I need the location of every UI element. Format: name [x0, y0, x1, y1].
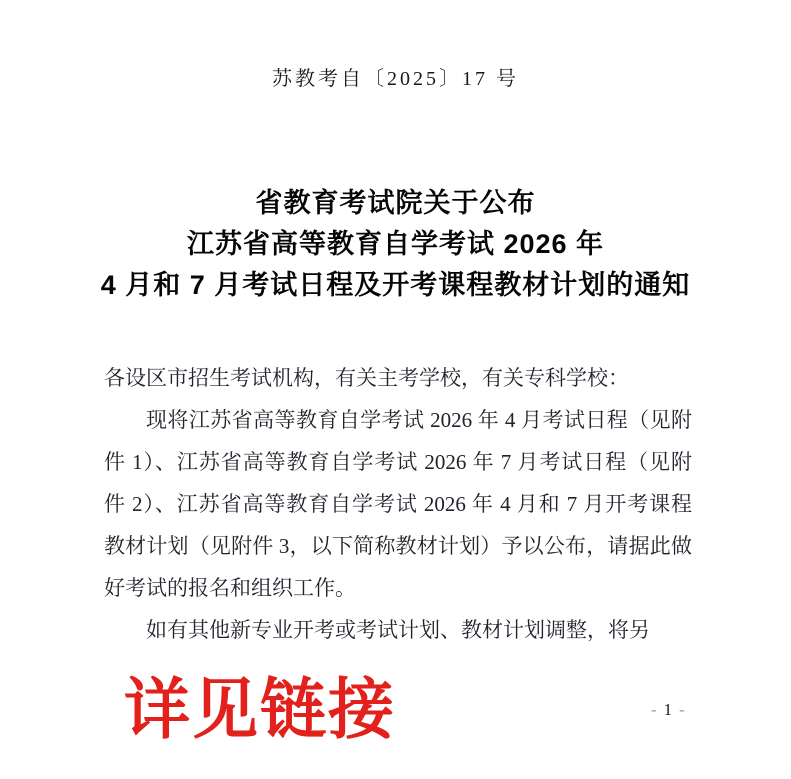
document-page: 苏教考自〔2025〕17 号 省教育考试院关于公布 江苏省高等教育自学考试 20…	[0, 0, 791, 779]
title-line-1: 省教育考试院关于公布	[0, 183, 791, 224]
body-line: 件 2）、江苏省高等教育自学考试 2026 年 4 月和 7 月开考课程	[104, 483, 692, 525]
page-number-dash: -	[672, 700, 692, 719]
body-line-salutation: 各设区市招生考试机构，有关主考学校，有关专科学校：	[104, 357, 692, 399]
page-number-value: 1	[664, 700, 673, 719]
body-line: 教材计划（见附件 3，以下简称教材计划）予以公布，请据此做	[104, 525, 692, 567]
document-title: 省教育考试院关于公布 江苏省高等教育自学考试 2026 年 4 月和 7 月考试…	[0, 183, 791, 306]
body-line: 现将江苏省高等教育自学考试 2026 年 4 月考试日程（见附	[104, 399, 692, 441]
page-number: -1-	[644, 699, 692, 721]
page-number-dash: -	[644, 700, 664, 719]
body-line: 件 1）、江苏省高等教育自学考试 2026 年 7 月考试日程（见附	[104, 441, 692, 483]
body-line: 好考试的报名和组织工作。	[104, 567, 692, 609]
body-line: 如有其他新专业开考或考试计划、教材计划调整，将另	[104, 609, 692, 651]
title-line-2: 江苏省高等教育自学考试 2026 年	[0, 224, 791, 265]
doc-number: 苏教考自〔2025〕17 号	[0, 66, 791, 92]
document-body: 各设区市招生考试机构，有关主考学校，有关专科学校： 现将江苏省高等教育自学考试 …	[104, 357, 692, 651]
see-link-stamp: 详见链接	[124, 666, 396, 752]
title-line-3: 4 月和 7 月考试日程及开考课程教材计划的通知	[0, 265, 791, 306]
